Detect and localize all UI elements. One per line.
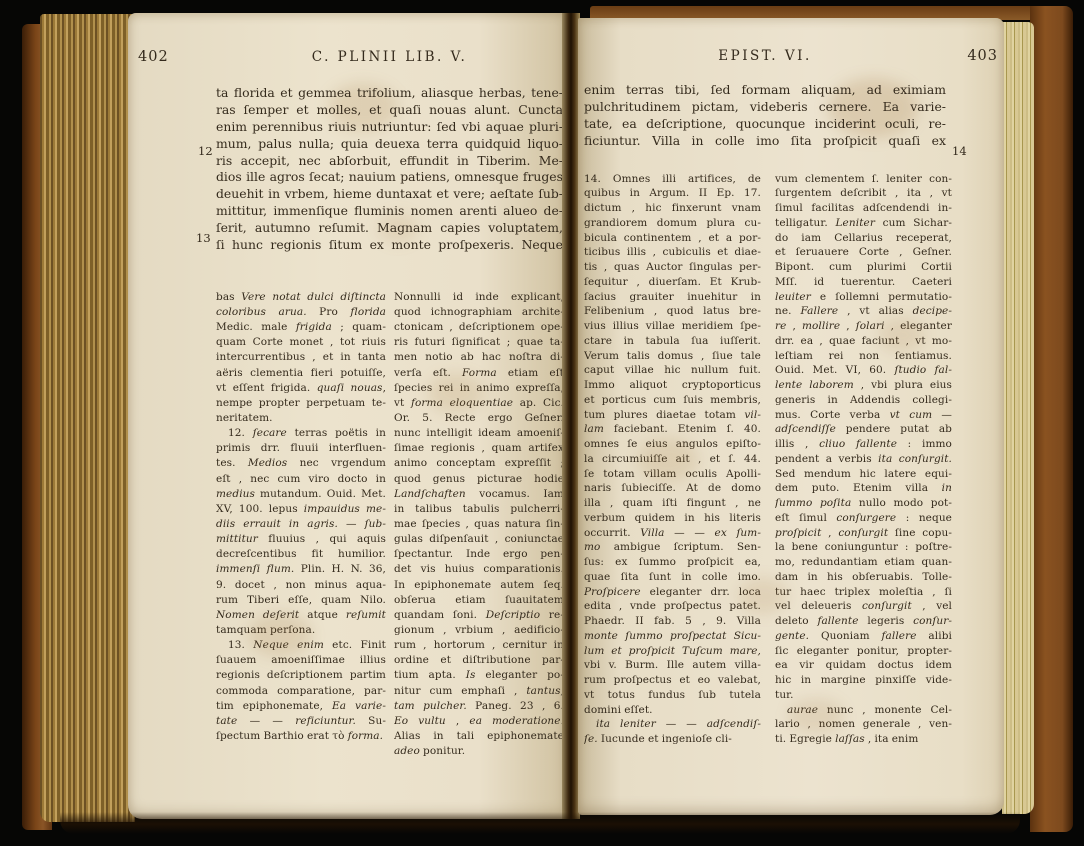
text-line: det vis huius comparationis.: [394, 562, 564, 577]
text-line: omnes ſe eius angulos epiſto-: [584, 437, 761, 452]
text-line: eſt ſimul conſurgere : neque: [775, 511, 952, 526]
text-line: bicula continentem , et a por-: [584, 231, 761, 246]
text-line: drr. ea , quae faciunt , vt mo-: [775, 334, 952, 349]
left-page-header: 402 C. PLINII LIB. V.: [216, 49, 563, 71]
text-line: quod ichnographiam archite-: [394, 305, 564, 320]
text-line: vel deleueris conſurgit , vel: [775, 599, 952, 614]
text-line: tim epiphonemate, Ea varie-: [216, 699, 386, 714]
page-number: 403: [967, 48, 998, 64]
text-line: grandiorem domum plura cu-: [584, 216, 761, 231]
text-line: monte ſummo proſpectat Sicu-: [584, 629, 761, 644]
commentary-column-1: 14. Omnes illi artifices, dequibus in Ar…: [584, 172, 761, 747]
text-line: tes. Medios nec vrgendum: [216, 456, 386, 471]
text-line: Sed mendum hic latere equi-: [775, 467, 952, 482]
text-line: coloribus arua. Pro florida: [216, 305, 386, 320]
text-line: do iam Cellarius receperat,: [775, 231, 952, 246]
text-line: animo conceptam expreſſit ;: [394, 456, 564, 471]
text-line: neritatem.: [216, 411, 386, 426]
gilt-page-edges-left: [40, 14, 135, 822]
text-line: Verum talis domus , ſiue tale: [584, 349, 761, 364]
text-line: commoda comparatione, par-: [216, 684, 386, 699]
text-line: primis drr. fluuii interfluen-: [216, 441, 386, 456]
text-line: vum clementem ſ. leniter con-: [775, 172, 952, 187]
text-line: vbi v. Burm. Ille autem villa-: [584, 658, 761, 673]
text-line: la circumiuiſſe ait , et ſ. 44.: [584, 452, 761, 467]
text-line: rum Tiberi eſſe, quam Nilo.: [216, 593, 386, 608]
margin-section-number-13: 13: [196, 231, 211, 245]
text-line: ſequitur , diuerſam. Et Krub-: [584, 275, 761, 290]
text-line: 13. Neque enim etc. Finit: [216, 638, 386, 653]
text-line: Ouid. Met. VI, 60. ſtudio fal-: [775, 363, 952, 378]
text-line: proſpicit , conſurgit ſine copu-: [775, 526, 952, 541]
text-line: immenſi flum. Plin. H. N. 36,: [216, 562, 386, 577]
text-line: quae ſita ſunt in colle imo.: [584, 570, 761, 585]
commentary-paragraph: ita leniter — — adſcendiſ-ſe. Iucunde et…: [584, 717, 761, 747]
text-line: Bipont. cum plurimi Cortii: [775, 260, 952, 275]
text-line: ctare in tabula ſua iuſſerit.: [584, 334, 761, 349]
text-line: illa , quam iſti fingunt , ne: [584, 496, 761, 511]
text-line: hic in margine pinxiſſe vide-: [775, 673, 952, 688]
text-line: gionum , vrbium , aedificio-: [394, 623, 564, 638]
text-line: occurrit. Villa — — ex ſum-: [584, 526, 761, 541]
commentary-paragraph: 13. Neque enim etc. Finitſuauem amoeniſſ…: [216, 638, 386, 744]
text-line: gente. Quoniam fallere alibi: [775, 629, 952, 644]
text-line: nempe propter perpetuam te-: [216, 396, 386, 411]
text-line: in talibus tabulis pulcherri-: [394, 502, 564, 517]
margin-section-number-14: 14: [952, 144, 967, 158]
book-photo: 402 C. PLINII LIB. V. 12 13 ta florida e…: [0, 0, 1084, 846]
text-line: quandam ſoni. Deſcriptio re-: [394, 608, 564, 623]
page-left-402: 402 C. PLINII LIB. V. 12 13 ta florida e…: [128, 13, 566, 819]
text-line: Alias in tali epiphonemate: [394, 729, 564, 744]
text-line: ticibus illis , cubiculis et diae-: [584, 245, 761, 260]
text-line: ſummo poſita nullo modo pot-: [775, 496, 952, 511]
text-line: vius illius villae meridiem ſpe-: [584, 319, 761, 334]
text-line: ſe. Iucunde et ingenioſe cli-: [584, 732, 761, 747]
text-line: tur.: [775, 688, 952, 703]
text-line: tam pulcher. Paneg. 23 , 6.: [394, 699, 564, 714]
page-bottom-shadow: [60, 812, 1020, 834]
text-line: ris accepit, nec abſorbuit, effundit in …: [216, 153, 563, 170]
text-line: regionis deſcriptionem partim: [216, 668, 386, 683]
page-edges-right: [1002, 22, 1034, 814]
text-line: dem puto. Etenim villa in: [775, 481, 952, 496]
text-line: XV, 100. lepus impauidus me-: [216, 502, 386, 517]
text-line: ſi hunc regionis ſitum ex monte proſpexe…: [216, 237, 563, 254]
text-line: illis , cliuo fallente : immo: [775, 437, 952, 452]
text-line: la bene coniunguntur : poſtre-: [775, 540, 952, 555]
commentary-paragraph: Nonnulli id inde explicant,quod ichnogra…: [394, 290, 564, 759]
text-line: aurae nunc , monente Cel-: [775, 703, 952, 718]
text-line: mo ambigue ſcriptum. Sen-: [584, 540, 761, 555]
text-line: mittitur fluuius , qui aquis: [216, 532, 386, 547]
text-line: rum , hortorum , cernitur in: [394, 638, 564, 653]
text-line: bas Vere notat dulci diſtincta: [216, 290, 386, 305]
text-line: Immo aliquot cryptoporticus: [584, 378, 761, 393]
text-line: quod genus picturae hodie: [394, 472, 564, 487]
text-line: decreſcentibus fit humilior.: [216, 547, 386, 562]
text-line: ſuauem amoeniſſimae illius: [216, 653, 386, 668]
text-line: tur haec triplex moleſtia , ſi: [775, 585, 952, 600]
commentary-paragraph: 12. ſecare terras poëtis inprimis drr. f…: [216, 426, 386, 638]
main-text-block: enim terras tibi, ſed formam aliquam, ad…: [584, 82, 946, 150]
text-line: domini eſſet.: [584, 703, 761, 718]
text-line: mittitur, immenſique fluminis nomen aren…: [216, 203, 563, 220]
right-page-header: EPIST. VI. 403: [584, 48, 946, 70]
text-line: Phaedr. II fab. 5 , 9. Villa: [584, 614, 761, 629]
text-line: generis in Addendis collegi-: [775, 393, 952, 408]
text-line: In epiphonemate autem ſeq.: [394, 578, 564, 593]
text-line: mo, redundantiam etiam quan-: [775, 555, 952, 570]
text-line: diis errauit in agris. — ſub-: [216, 517, 386, 532]
text-line: Medic. male frigida ; quam-: [216, 320, 386, 335]
text-line: Mſſ. id tuerentur. Caeteri: [775, 275, 952, 290]
margin-section-number-12: 12: [198, 144, 213, 158]
page-number: 402: [138, 49, 169, 65]
text-line: ſacius grauiter inuehitur in: [584, 290, 761, 305]
text-line: Nonnulli id inde explicant,: [394, 290, 564, 305]
text-line: verbum quidem in his literis: [584, 511, 761, 526]
text-line: Felibenium , quod latus bre-: [584, 304, 761, 319]
text-line: caput villae hic nullum fuit.: [584, 363, 761, 378]
text-line: vt eſſent frigida. quaſi nouas,: [216, 381, 386, 396]
text-line: ſpecies rei in animo expreſſa,: [394, 381, 564, 396]
text-line: ſimae regionis , quam artifex: [394, 441, 564, 456]
text-line: pulchritudinem pictam, videberis cernere…: [584, 99, 946, 116]
text-line: ſurgentem deſcribit , ita , vt: [775, 186, 952, 201]
book-cover-right: [1030, 6, 1073, 832]
text-line: ta florida et gemmea trifolium, aliasque…: [216, 85, 563, 102]
text-line: ficiuntur. Villa in colle imo ſita proſp…: [584, 133, 946, 150]
commentary-paragraph: aurae nunc , monente Cel-lario , nomen g…: [775, 703, 952, 747]
text-line: mae ſpecies , quas natura ſin-: [394, 517, 564, 532]
text-line: Eo vultu , ea moderatione.: [394, 714, 564, 729]
text-line: naris ſubieciſſe. At de domo: [584, 481, 761, 496]
page-right-403: EPIST. VI. 403 14 enim terras tibi, ſed …: [578, 18, 1004, 815]
commentary-column-2: vum clementem ſ. leniter con-ſurgentem d…: [775, 172, 952, 747]
text-line: et porticus cum ſuis membris,: [584, 393, 761, 408]
text-line: men notio ab hac noſtra di-: [394, 350, 564, 365]
text-line: medius mutandum. Ouid. Met.: [216, 487, 386, 502]
text-line: ris futuri ſignificat ; quae ta-: [394, 335, 564, 350]
commentary-paragraph: vum clementem ſ. leniter con-ſurgentem d…: [775, 172, 952, 703]
text-line: ſpectum Barthio erat τὸ forma.: [216, 729, 386, 744]
text-line: dam in his obſeruabis. Tolle-: [775, 570, 952, 585]
commentary-paragraph: bas Vere notat dulci diſtinctacoloribus …: [216, 290, 386, 426]
text-line: ras ſemper et molles, et quaſi nouas alu…: [216, 102, 563, 119]
text-line: leſtiam rei non ſentiamus.: [775, 349, 952, 364]
text-line: mum, palus nulla; quia deuexa terra quid…: [216, 136, 563, 153]
text-line: ſpectantur. Inde ergo pen-: [394, 547, 564, 562]
text-line: intercurrentibus , et in tanta: [216, 350, 386, 365]
text-line: quam Corte monet , tot riuis: [216, 335, 386, 350]
text-line: enim perennibus riuis nutriuntur: ſed vb…: [216, 119, 563, 136]
text-line: ſerit, autumno reſumit. Magnam capies vo…: [216, 220, 563, 237]
text-line: tate, ea deſcriptione, quocunque incider…: [584, 116, 946, 133]
text-line: ſic eleganter ponitur, propter-: [775, 644, 952, 659]
text-line: ne. Fallere , vt alias decipe-: [775, 304, 952, 319]
text-line: lum et proſpicit Tuſcum mare,: [584, 644, 761, 659]
text-line: tium apta. Is eleganter po-: [394, 668, 564, 683]
text-line: ea vir quidam doctus idem: [775, 658, 952, 673]
text-line: adſcendiſſe pendere putat ab: [775, 422, 952, 437]
text-line: edita , vnde proſpectus patet.: [584, 599, 761, 614]
text-line: adeo ponitur.: [394, 744, 564, 759]
text-line: dictum , hic finxerunt vnam: [584, 201, 761, 216]
text-line: nunc intelligit ideam amoeniſ-: [394, 426, 564, 441]
text-line: 12. ſecare terras poëtis in: [216, 426, 386, 441]
text-line: leuiter e ſollemni permutatio-: [775, 290, 952, 305]
running-title: EPIST. VI.: [584, 48, 946, 64]
text-line: verſa eſt. Forma etiam eſt: [394, 366, 564, 381]
text-line: pendent a verbis ita conſurgit.: [775, 452, 952, 467]
text-line: obſerua etiam ſuauitatem: [394, 593, 564, 608]
text-line: re , mollire , ſolari , eleganter: [775, 319, 952, 334]
text-line: ti. Egregie laſſas , ita enim: [775, 732, 952, 747]
commentary-column-2: Nonnulli id inde explicant,quod ichnogra…: [394, 290, 564, 759]
text-line: lente laborem , vbi plura eius: [775, 378, 952, 393]
text-line: Proſpicere eleganter drr. loca: [584, 585, 761, 600]
text-line: mus. Corte verba vt cum —: [775, 408, 952, 423]
commentary-paragraph: 14. Omnes illi artifices, dequibus in Ar…: [584, 172, 761, 718]
text-line: dios ille agros ſecat; nauium patiens, o…: [216, 169, 563, 186]
text-line: aëris clementia fieri potuiſſe,: [216, 366, 386, 381]
main-text-block: ta florida et gemmea trifolium, aliasque…: [216, 85, 563, 254]
text-line: lam faciebant. Etenim ſ. 40.: [584, 422, 761, 437]
text-line: tamquam perſona.: [216, 623, 386, 638]
text-line: ſe totam villam oculis Apolli-: [584, 467, 761, 482]
commentary-columns: bas Vere notat dulci diſtinctacoloribus …: [216, 290, 564, 759]
text-line: 14. Omnes illi artifices, de: [584, 172, 761, 187]
text-line: Nomen deſerit atque reſumit: [216, 608, 386, 623]
text-line: gulas diſpenſauit , coniunctae: [394, 532, 564, 547]
text-line: Or. 5. Recte ergo Geſner.: [394, 411, 564, 426]
text-line: nitur cum emphaſi , tantus,: [394, 684, 564, 699]
text-line: enim terras tibi, ſed formam aliquam, ad…: [584, 82, 946, 99]
text-line: deuehit in vrbem, hieme duntaxat et vere…: [216, 186, 563, 203]
text-line: rum proſpectus et eo valebat,: [584, 673, 761, 688]
text-line: quibus in Argum. II Ep. 17.: [584, 186, 761, 201]
text-line: vt totus fundus ſub tutela: [584, 688, 761, 703]
text-line: ordine et diſtributione par-: [394, 653, 564, 668]
text-line: vt forma eloquentiae ap. Cic.: [394, 396, 564, 411]
text-line: ſus: ex ſummo proſpicit ea,: [584, 555, 761, 570]
text-line: deleto fallente legeris conſur-: [775, 614, 952, 629]
commentary-columns: 14. Omnes illi artifices, dequibus in Ar…: [584, 172, 952, 747]
text-line: telligatur. Leniter cum Sichar-: [775, 216, 952, 231]
text-line: ſimul facilitas adſcendendi in-: [775, 201, 952, 216]
text-line: eſt , nec cum viro docto in: [216, 472, 386, 487]
text-line: tum plures diaetae totam vil-: [584, 408, 761, 423]
text-line: et ſeruauere Corte , Geſner.: [775, 245, 952, 260]
commentary-column-1: bas Vere notat dulci diſtinctacoloribus …: [216, 290, 386, 759]
text-line: tis , quas Auctor ſingulas per-: [584, 260, 761, 275]
text-line: Landſchaften vocamus. Iam: [394, 487, 564, 502]
running-title: C. PLINII LIB. V.: [216, 49, 563, 65]
text-line: 9. docet , non minus aqua-: [216, 578, 386, 593]
text-line: tate — — reficiuntur. Su-: [216, 714, 386, 729]
text-line: ita leniter — — adſcendiſ-: [584, 717, 761, 732]
text-line: lario , nomen generale , ven-: [775, 717, 952, 732]
text-line: ctonicam , deſcriptionem ope-: [394, 320, 564, 335]
